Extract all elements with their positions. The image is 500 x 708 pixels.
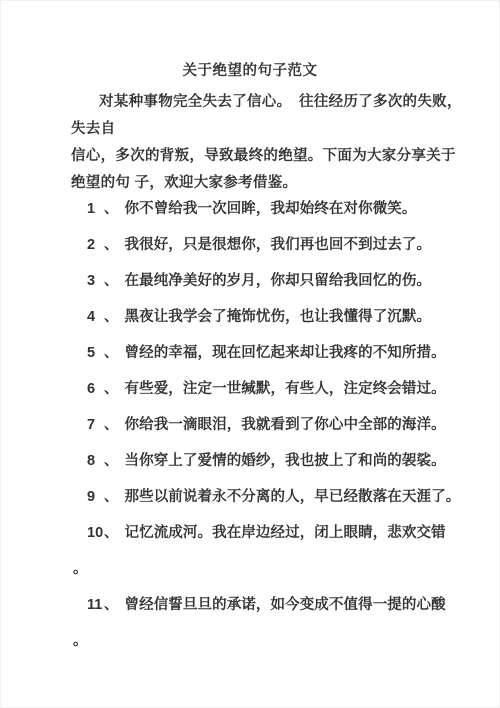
intro-line: 信心，多次的背叛，导致最终的绝望。下面为大家分享关于 — [71, 143, 466, 170]
item-number: 5 — [87, 335, 104, 371]
list-item: 4、黑夜让我学会了掩饰忧伤，也让我懂得了沉默。 — [71, 299, 466, 335]
item-text: 在最纯净美好的岁月，你却只留给我回忆的伤。 — [125, 273, 432, 289]
page-title: 关于绝望的句子范文 — [34, 58, 466, 85]
item-text: 我很好，只是很想你，我们再也回不到过去了。 — [125, 237, 432, 253]
list-item: 6、有些爱，注定一世缄默，有些人，注定终会错过。 — [71, 371, 466, 407]
item-number: 2 — [87, 227, 104, 263]
item-number: 3 — [87, 263, 104, 299]
list-item: 5、曾经的幸福，现在回忆起来却让我疼的不知所措。 — [71, 335, 466, 371]
item-text: 有些爱，注定一世缄默，有些人，注定终会错过。 — [125, 381, 446, 397]
item-number: 7 — [87, 407, 104, 443]
item-separator: 、 — [104, 417, 119, 433]
document-page: 关于绝望的句子范文 对某种事物完全失去了信心。 往往经历了多次的失败， 失去自 … — [0, 0, 500, 708]
item-text: 你不曾给我一次回眸，我却始终在对你微笑。 — [125, 201, 417, 217]
item-separator: 、 — [104, 201, 119, 217]
item-overflow-period: 。 — [71, 551, 466, 587]
intro-paragraph: 对某种事物完全失去了信心。 往往经历了多次的失败， 失去自 信心，多次的背叛，导… — [71, 89, 466, 197]
item-number: 8 — [87, 443, 104, 479]
list-item: 11、曾经信誓旦旦的承诺，如今变成不值得一提的心酸 。 — [71, 587, 466, 659]
list-item: 1、你不曾给我一次回眸，我却始终在对你微笑。 — [71, 191, 466, 227]
item-number: 6 — [87, 371, 104, 407]
item-text: 那些以前说着永不分离的人，早已经散落在天涯了。 — [125, 489, 461, 505]
item-separator: 、 — [104, 381, 119, 397]
item-separator: 、 — [104, 345, 119, 361]
item-separator: 、 — [104, 237, 119, 253]
list-item: 3、在最纯净美好的岁月，你却只留给我回忆的伤。 — [71, 263, 466, 299]
list-item: 10、记忆流成河。我在岸边经过，闭上眼睛，悲欢交错 。 — [71, 515, 466, 587]
item-text: 曾经的幸福，现在回忆起来却让我疼的不知所措。 — [125, 345, 446, 361]
item-number: 9 — [87, 479, 104, 515]
item-text: 你给我一滴眼泪，我就看到了你心中全部的海洋。 — [125, 417, 446, 433]
list-item: 2、我很好，只是很想你，我们再也回不到过去了。 — [71, 227, 466, 263]
item-number: 4 — [87, 299, 104, 335]
item-number: 1 — [87, 191, 104, 227]
item-text: 黑夜让我学会了掩饰忧伤，也让我懂得了沉默。 — [125, 309, 432, 325]
item-separator: 、 — [104, 273, 119, 289]
list-item: 8、当你穿上了爱情的婚纱，我也披上了和尚的袈裟。 — [71, 443, 466, 479]
item-text: 当你穿上了爱情的婚纱，我也披上了和尚的袈裟。 — [125, 453, 446, 469]
item-separator: 、 — [104, 453, 119, 469]
item-separator: 、 — [104, 525, 119, 541]
list-item: 7、你给我一滴眼泪，我就看到了你心中全部的海洋。 — [71, 407, 466, 443]
item-overflow-period: 。 — [71, 623, 466, 659]
item-separator: 、 — [104, 489, 119, 505]
item-text: 曾经信誓旦旦的承诺，如今变成不值得一提的心酸 — [125, 597, 446, 613]
item-number: 10 — [87, 515, 104, 551]
item-separator: 、 — [104, 597, 119, 613]
item-number: 11 — [87, 587, 104, 623]
item-separator: 、 — [104, 309, 119, 325]
sentence-list: 1、你不曾给我一次回眸，我却始终在对你微笑。 2、我很好，只是很想你，我们再也回… — [71, 191, 466, 659]
item-text: 记忆流成河。我在岸边经过，闭上眼睛，悲欢交错 — [125, 525, 446, 541]
intro-line: 对某种事物完全失去了信心。 往往经历了多次的失败， — [71, 89, 466, 116]
list-item: 9、那些以前说着永不分离的人，早已经散落在天涯了。 — [71, 479, 466, 515]
intro-line: 失去自 — [71, 116, 466, 143]
